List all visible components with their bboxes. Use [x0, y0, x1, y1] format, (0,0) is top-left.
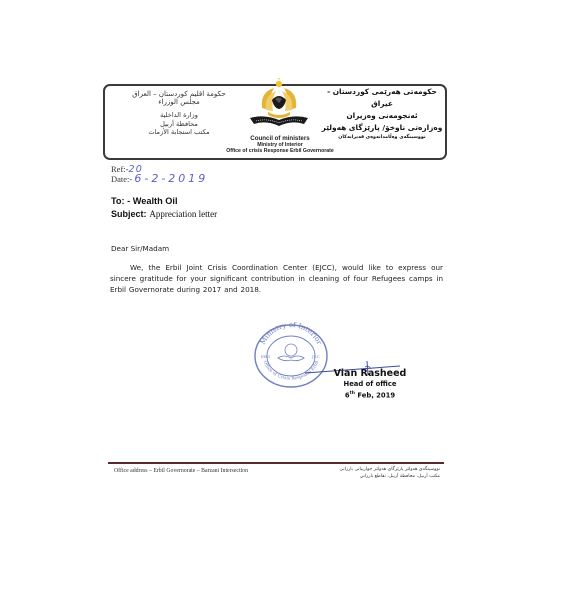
footer-address-english: Office address – Erbil Governorate – Bar…	[114, 468, 248, 474]
signer-date: 6th Feb, 2019	[330, 389, 410, 400]
office-of-crisis-response: Office of crisis Response Erbil Governor…	[205, 148, 355, 154]
svg-text:ERG: ERG	[261, 354, 270, 359]
signer-block: Vian Rasheed Head of office 6th Feb, 201…	[330, 368, 410, 400]
letter-body: We, the Erbil Joint Crisis Coordination …	[110, 262, 443, 296]
letterhead-kurdish: حكومەتی هەرێمی كوردستان - عیراق ئەنجومەن…	[318, 86, 446, 142]
date-label: Date:-	[111, 174, 132, 184]
svg-text:Ministry of Interior: Ministry of Interior	[259, 321, 324, 347]
kurdish-line-4: نووسینگەی وەڵامدانەوەی قەیرانەكان	[318, 134, 446, 142]
subject-value: Appreciation letter	[149, 209, 217, 219]
reference-date: Date:- 6-2-2019	[111, 174, 208, 184]
arabic-line-1: حكومة اقليم كوردستان – العراق	[120, 90, 238, 98]
ref-label: Ref:-	[111, 164, 128, 174]
arabic-line-3: وزارة الداخلية	[120, 111, 238, 119]
subject: Subject: Appreciation letter	[111, 209, 217, 220]
arabic-line-4: محافظة أربيل	[120, 120, 238, 128]
footer-divider	[108, 462, 444, 464]
kurdish-line-2: ئەنجومەنی وەزیران	[318, 110, 446, 122]
signer-name: Vian Rasheed	[330, 368, 410, 380]
kurdish-line-1: حكومەتی هەرێمی كوردستان - عیراق	[318, 86, 446, 110]
official-stamp-icon: Ministry of Interior Office of Crisis Re…	[250, 320, 332, 390]
letterhead-arabic: حكومة اقليم كوردستان – العراق مجلس الوزر…	[120, 90, 238, 136]
footer-address-kurdish: نووسینگەی هەولێر پارێزگای هەولێر جوارییا…	[330, 467, 440, 480]
arabic-line-2: مجلس الوزراء	[120, 98, 238, 106]
greeting: Dear Sir/Madam	[111, 244, 169, 253]
addressee: To: - Wealth Oil	[111, 196, 178, 206]
footer-kurdish-line-2: مكتب أربيل، محافظة أربيل، تقاطع بارزاني	[330, 474, 440, 481]
footer-kurdish-line-1: نووسینگەی هەولێر پارێزگای هەولێر جوارییا…	[330, 467, 440, 474]
date-value: 6-2-2019	[134, 172, 208, 185]
kurdistan-emblem-icon	[248, 78, 310, 130]
signer-title: Head of office	[330, 380, 410, 389]
subject-label: Subject:	[111, 209, 147, 219]
kurdish-line-3: وەزارەتی ناوخۆ/ پارێزگای هەولێر	[318, 122, 446, 134]
